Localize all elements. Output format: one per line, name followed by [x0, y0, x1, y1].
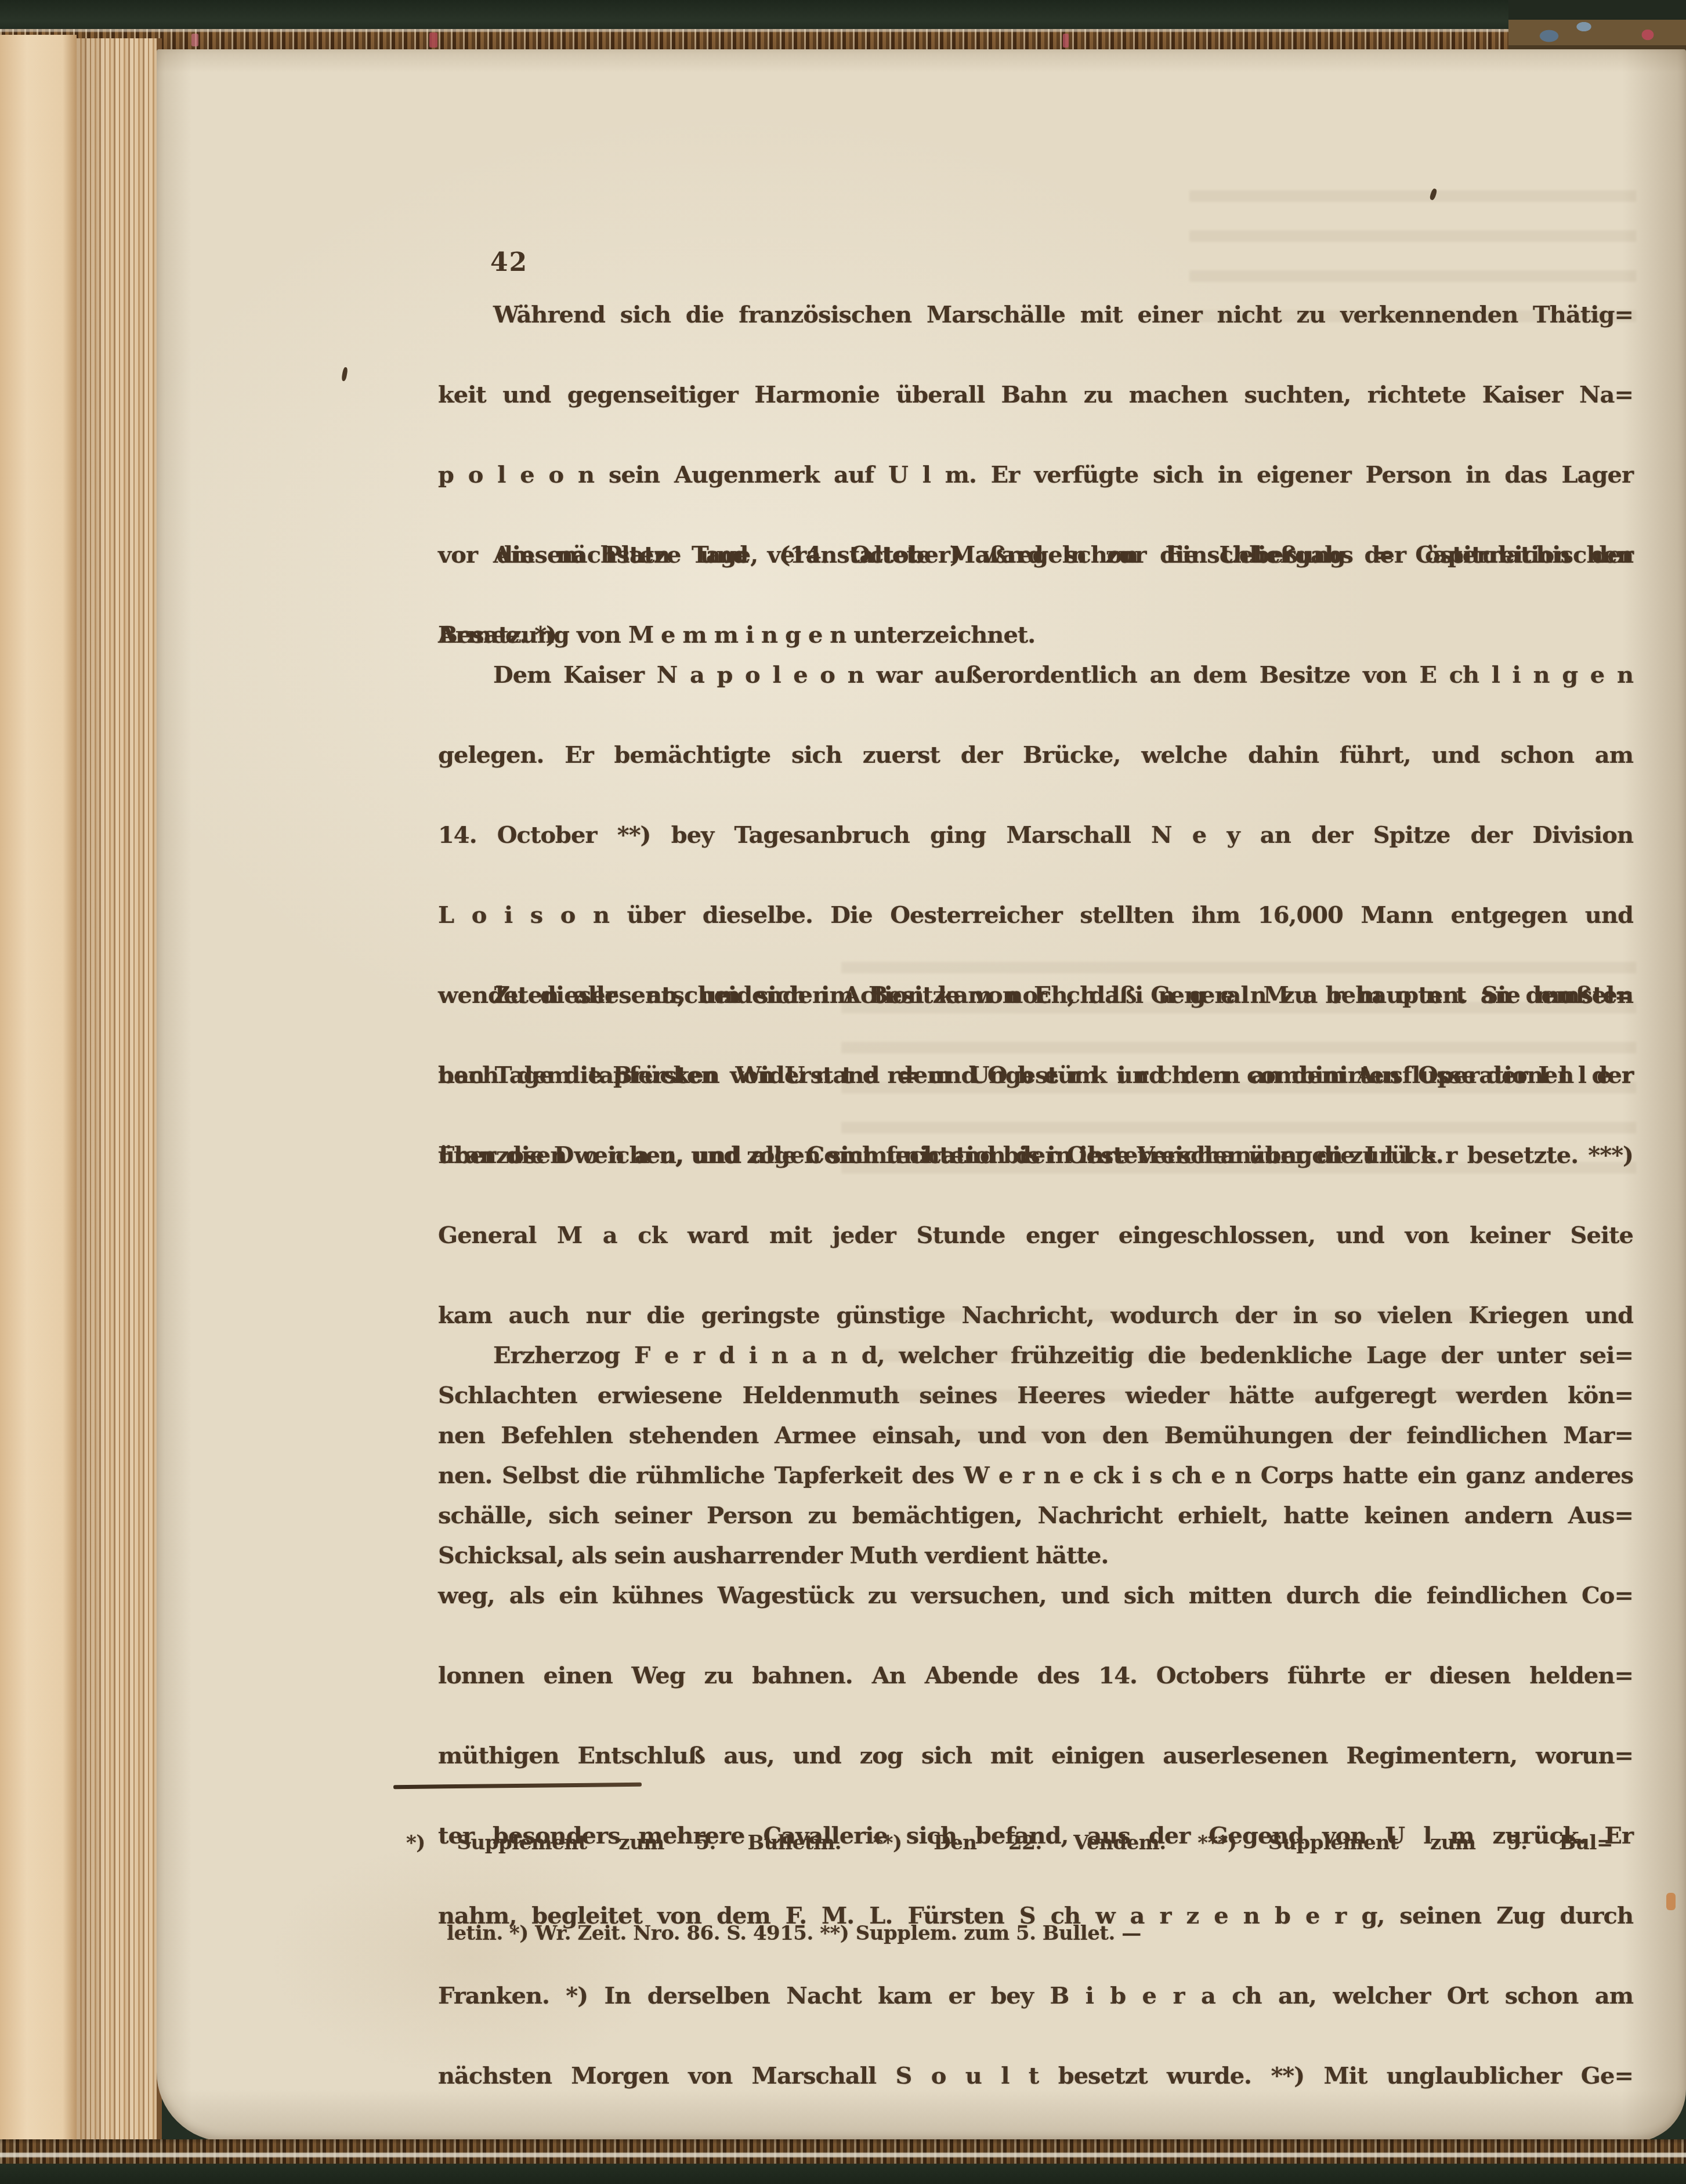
text-line: gelegen. Er bemächtigte sich zuerst der … [438, 735, 1633, 815]
thread-fleck [191, 34, 198, 46]
text-line: General M a ck ward mit jeder Stunde eng… [438, 1215, 1633, 1295]
footnote-line: letin. *) Wr. Zeit. Nro. 86. S. 4915. **… [406, 1911, 1613, 1956]
text-line: Zu dieser entscheidenden Action kam noch… [438, 975, 1633, 1055]
text-line: weg, als ein kühnes Wagestück zu versuch… [438, 1575, 1633, 1656]
text-line: Dem Kaiser N a p o l e o n war außerorde… [438, 655, 1633, 735]
text-line: L o i s o n über dieselbe. Die Oesterrei… [438, 895, 1633, 975]
text-line: über die D o n a u, und alle Communicati… [438, 1135, 1633, 1215]
adjacent-page-strip [0, 35, 77, 2155]
marbled-cover-corner [1508, 0, 1686, 56]
ink-speck [341, 367, 348, 381]
text-line: nen Befehlen stehenden Armee einsah, und… [438, 1415, 1633, 1495]
text-line: ben Tage die Brücken von U n t e r= und … [438, 1055, 1633, 1135]
bottom-page-edge-fringe [0, 2139, 1686, 2166]
text-line: müthigen Entschluß aus, und zog sich mit… [438, 1736, 1633, 1816]
footnote-line: *) Supplement zum 5. Bulletin. **) Den 2… [406, 1820, 1613, 1911]
thread-fleck [1063, 34, 1069, 48]
text-line: Am nächsten Tage, (14. October) ward sch… [438, 535, 1633, 615]
text-line: 14. October **) bey Tagesanbruch ging Ma… [438, 815, 1633, 895]
page-number: 42 [490, 248, 528, 277]
text-line: p o l e o n sein Augenmerk auf U l m. Er… [438, 455, 1633, 535]
paragraph-5: Erzherzog F e r d i n a n d, welcher frü… [438, 1335, 1633, 2136]
stacked-page-edges [77, 38, 162, 2156]
text-line: Erzherzog F e r d i n a n d, welcher frü… [438, 1335, 1633, 1415]
footnotes-block: *) Supplement zum 5. Bulletin. **) Den 2… [406, 1820, 1613, 1956]
book-cover-bottom-edge [0, 2164, 1686, 2184]
text-line: Besatzung von M e m m i n g e n unterzei… [438, 615, 1633, 655]
book-cover-top-edge [0, 0, 1686, 30]
thread-fleck [429, 32, 437, 48]
text-line: lonnen einen Weg zu bahnen. An Abende de… [438, 1656, 1633, 1736]
paragraph-2: Am nächsten Tage, (14. October) ward sch… [438, 535, 1633, 655]
book-page: 42 Während sich die französischen Marsch… [157, 49, 1686, 2142]
text-line: keit und gegenseitiger Harmonie überall … [438, 375, 1633, 455]
text-line: nächsten Morgen von Marschall S o u l t … [438, 2056, 1633, 2136]
text-line: schälle, sich seiner Person zu bemächtig… [438, 1495, 1633, 1575]
text-line: Während sich die französischen Marschäll… [438, 295, 1633, 375]
book-scan: 42 Während sich die französischen Marsch… [0, 0, 1686, 2184]
text-line: Franken. *) In derselben Nacht kam er be… [438, 1976, 1633, 2056]
paper-stain [1666, 1893, 1676, 1910]
top-page-edge-fringe [0, 29, 1686, 51]
